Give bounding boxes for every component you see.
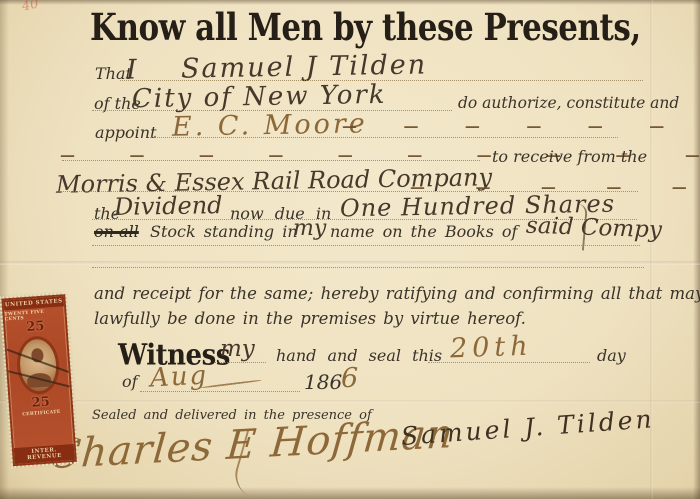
of-label: of: [122, 372, 138, 391]
stock-text-1: Stock standing in: [150, 222, 298, 241]
receive-text: to receive from the: [492, 147, 647, 166]
ratify-line-1: and receipt for the same; hereby ratifyi…: [94, 284, 700, 303]
ratify-line-2: lawfully be done in the premises by virt…: [94, 309, 526, 328]
day-entry: 20th: [449, 331, 533, 365]
dotted-line: [150, 137, 618, 138]
stamp-value-bottom: 25: [31, 396, 50, 411]
stamp-value-top: 25: [26, 320, 45, 335]
horizontal-crease: [0, 261, 700, 265]
page-edge-bottom: [0, 487, 700, 499]
page-edge-left: [0, 0, 9, 499]
stamp-certificate-label: CERTIFICATE: [22, 410, 61, 418]
dotted-line: [214, 362, 266, 363]
appoint-label: appoint: [95, 123, 157, 142]
dotted-line: [62, 160, 480, 161]
corner-mark: 40: [21, 0, 40, 15]
dotted-line: [92, 267, 644, 268]
dividend-entry: Dividend: [114, 191, 223, 221]
stock-text-2: name on the Books of: [330, 222, 517, 241]
hand-seal-text: hand and seal this: [276, 346, 442, 365]
horizontal-crease: [0, 400, 700, 403]
pen-flourish-stroke: [200, 379, 262, 389]
year-prefix: 186: [304, 370, 342, 394]
year-digit-entry: 6: [341, 363, 358, 394]
dotted-line: [428, 362, 590, 363]
page-edge-top: [0, 0, 700, 5]
said-company-entry: said Compy: [526, 213, 663, 244]
dotted-line: [92, 245, 640, 246]
page-title: Know all Men by these Presents,: [90, 6, 641, 50]
authorize-text: do authorize, constitute and: [458, 94, 679, 112]
my-entry: my: [220, 336, 255, 362]
revenue-stamp: UNITED STATES TWENTY FIVE CENTS 25 25 CE…: [1, 294, 77, 466]
my-entry-2: my: [293, 216, 326, 241]
day-label: day: [597, 346, 626, 365]
month-entry: Aug: [149, 360, 209, 393]
document-page: 40 Know all Men by these Presents, That …: [0, 0, 700, 499]
page-edge-right: [693, 0, 700, 499]
dotted-line: [140, 391, 300, 392]
stamp-bottom-banner: INTER. REVENUE: [14, 444, 75, 464]
struck-words: on all: [94, 222, 139, 241]
dash-run: — — — — — — — —: [342, 117, 700, 135]
